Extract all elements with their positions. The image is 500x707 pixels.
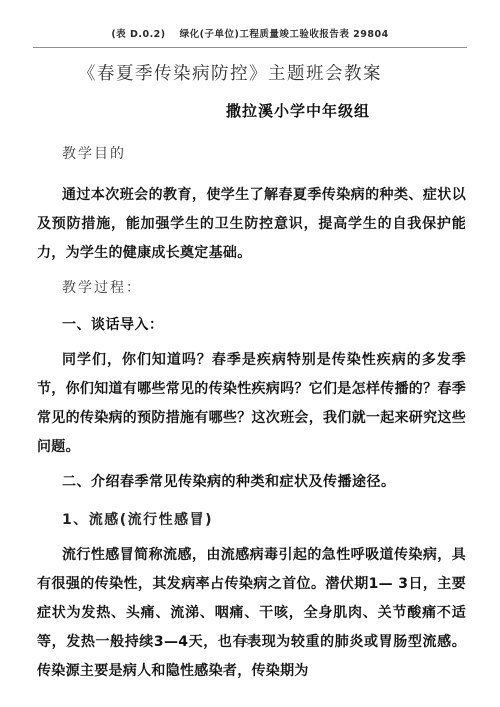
section-2-heading: 二、介绍春季常见传染病的种类和症状及传播途径。 <box>62 471 500 491</box>
teaching-process-label: 教学过程： <box>62 277 500 297</box>
form-title: 绿化(子单位)工程质量竣工验收报告表 29804 <box>180 29 389 40</box>
page-header: (表 D.0.2)绿化(子单位)工程质量竣工验收报告表 29804 <box>0 0 500 40</box>
author-group: 撒拉溪小学中年级组 <box>226 100 500 121</box>
item-1-paragraph: 流行性感冒简称流感，由流感病毒引起的急性呼吸道传染病，具有很强的传染性，其发病率… <box>37 541 466 686</box>
page-number: c1 <box>0 636 500 646</box>
teaching-goal-label: 教学目的 <box>62 143 500 163</box>
section-1-heading: 一、谈话导入： <box>62 314 500 334</box>
document-page: (表 D.0.2)绿化(子单位)工程质量竣工验收报告表 29804 《春夏季传染… <box>0 0 500 707</box>
document-title: 《春夏季传染病防控》主题班会教案 <box>78 60 500 85</box>
teaching-goal-paragraph: 通过本次班会的教育，使学生了解春夏季传染病的种类、症状以及预防措施，能加强学生的… <box>37 181 466 268</box>
header-divider <box>33 47 467 48</box>
section-1-paragraph: 同学们，你们知道吗？春季是疾病特别是传染性疾病的多发季节，你们知道有哪些常见的传… <box>37 346 466 462</box>
item-1-heading: 1、流感(流行性感冒) <box>62 509 500 529</box>
form-code: (表 D.0.2) <box>111 29 165 40</box>
